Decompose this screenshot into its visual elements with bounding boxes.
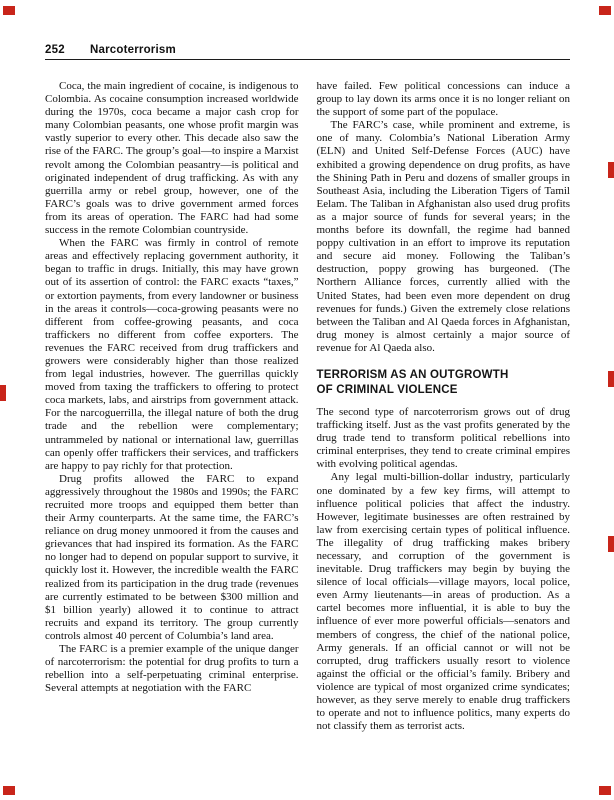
- scan-mark-left-middle: [0, 385, 6, 401]
- body-paragraph: Drug profits allowed the FARC to expand …: [45, 473, 299, 643]
- body-paragraph-continuation: have failed. Few political concessions c…: [317, 80, 571, 119]
- section-heading: TERRORISM AS AN OUTGROWTH OF CRIMINAL VI…: [317, 368, 571, 398]
- right-column: have failed. Few political concessions c…: [317, 80, 571, 733]
- scan-mark-top-left: [3, 6, 15, 15]
- body-paragraph: Any legal multi-billion-dollar industry,…: [317, 471, 571, 733]
- body-paragraph: The FARC’s case, while prominent and ext…: [317, 119, 571, 355]
- body-paragraph: The second type of narcoterrorism grows …: [317, 406, 571, 471]
- running-head: Narcoterrorism: [90, 44, 570, 56]
- scan-mark-bottom-right: [599, 786, 611, 795]
- header-rule: [45, 59, 570, 60]
- left-column: Coca, the main ingredient of cocaine, is…: [45, 80, 299, 733]
- body-columns: Coca, the main ingredient of cocaine, is…: [45, 80, 570, 733]
- section-heading-line2: OF CRIMINAL VIOLENCE: [317, 383, 571, 398]
- body-paragraph: When the FARC was firmly in control of r…: [45, 237, 299, 473]
- book-page: 252 Narcoterrorism Coca, the main ingred…: [0, 0, 614, 800]
- body-paragraph: The FARC is a premier example of the uni…: [45, 643, 299, 695]
- body-paragraph: Coca, the main ingredient of cocaine, is…: [45, 80, 299, 237]
- scan-mark-right-middle: [608, 371, 614, 387]
- scan-mark-right-lower: [608, 536, 614, 552]
- scan-mark-top-right: [599, 6, 611, 15]
- scan-mark-right-upper: [608, 162, 614, 178]
- page-number: 252: [45, 44, 90, 56]
- section-heading-line1: TERRORISM AS AN OUTGROWTH: [317, 368, 571, 383]
- page-header: 252 Narcoterrorism: [45, 44, 570, 60]
- scan-mark-bottom-left: [3, 786, 15, 795]
